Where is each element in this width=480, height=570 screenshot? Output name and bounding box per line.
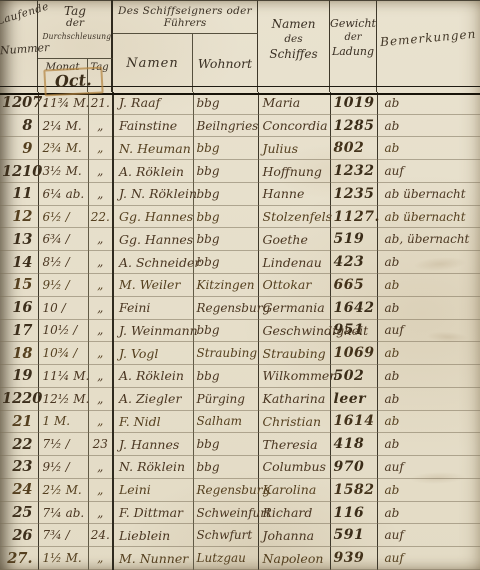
cell-uhrzeit: 9½ / [38, 456, 88, 479]
cell-uhrzeit: 1 M. [38, 410, 88, 433]
cell-tag: 21. [88, 92, 113, 114]
ledger-page: Laufende Nummer Tag der Durchschleusung … [0, 0, 480, 570]
cell-laufende-nummer: 13 [0, 228, 38, 251]
cell-bemerkung: auf [377, 456, 480, 479]
cell-ladungsgewicht: 1582 [330, 478, 377, 501]
cell-eigner-name: F. Nidl [113, 410, 193, 433]
cell-wohnort: Lutzgau [193, 547, 258, 570]
cell-ladungsgewicht: 1019 [330, 92, 377, 114]
cell-eigner-name: A. Röklein [113, 160, 193, 183]
header-label: Namen [258, 17, 329, 31]
cell-uhrzeit: 11¼ M. [38, 365, 88, 388]
cell-ladungsgewicht: 1127. [330, 205, 377, 228]
table-row: 211 M.„F. NidlSalhamChristian1614ab [0, 410, 480, 433]
table-row: 1207.11¾ M.21.J. RaafbbgMaria1019ab [0, 92, 480, 114]
column-header-schiffseigner-gruppe: Des Schiffseigners oder Führers [113, 0, 258, 34]
cell-tag: „ [88, 387, 113, 410]
table-row: 227½ /23J. HannesbbgTheresia418ab [0, 433, 480, 456]
cell-bemerkung: auf [377, 547, 480, 570]
cell-ladungsgewicht: 502 [330, 365, 377, 388]
cell-schiffsname: Hoffnung [258, 160, 330, 183]
cell-tag: „ [88, 296, 113, 319]
table-row: 116¼ ab.„J. N. RökleinbbgHanne1235ab übe… [0, 182, 480, 205]
cell-wohnort: bbg [193, 433, 258, 456]
cell-wohnort: bbg [193, 182, 258, 205]
cell-schiffsname: Ottokar [258, 273, 330, 296]
cell-tag: „ [88, 319, 113, 342]
cell-schiffsname: Hanne [258, 182, 330, 205]
cell-schiffsname: Goethe [258, 228, 330, 251]
table-row: 92¾ M.„N. HeumanbbgJulius802ab [0, 137, 480, 160]
cell-wohnort: Beilngries [193, 114, 258, 137]
cell-schiffsname: Christian [258, 410, 330, 433]
cell-schiffsname: Lindenau [258, 251, 330, 274]
cell-schiffsname: Richard [258, 501, 330, 524]
cell-tag: „ [88, 228, 113, 251]
cell-eigner-name: J. Vogl [113, 342, 193, 365]
cell-tag: „ [88, 410, 113, 433]
column-header-wohnort: Wohnort [193, 34, 258, 92]
cell-laufende-nummer: 16 [0, 296, 38, 319]
cell-schiffsname: Concordia [258, 114, 330, 137]
header-label: Gewicht [330, 17, 376, 30]
table-row: 1810¾ /„J. VoglStraubingStraubing1069ab [0, 342, 480, 365]
cell-eigner-name: F. Dittmar [113, 501, 193, 524]
cell-laufende-nummer: 12 [0, 205, 38, 228]
table-row: 27.1½ M.„M. NunnerLutzgauNapoleon939auf [0, 547, 480, 570]
cell-eigner-name: Feini [113, 296, 193, 319]
cell-bemerkung: ab übernacht [377, 205, 480, 228]
cell-uhrzeit: 2½ M. [38, 478, 88, 501]
cell-wohnort: Regensburg [193, 478, 258, 501]
cell-bemerkung: ab [377, 387, 480, 410]
cell-eigner-name: N. Röklein [113, 456, 193, 479]
table-row: 159½ /„M. WeilerKitzingenOttokar665ab [0, 273, 480, 296]
cell-tag: „ [88, 251, 113, 274]
cell-wohnort: bbg [193, 228, 258, 251]
cell-uhrzeit: 2¾ M. [38, 137, 88, 160]
cell-schiffsname: Germania [258, 296, 330, 319]
cell-eigner-name: J. Weinmann [113, 319, 193, 342]
cell-ladungsgewicht: 665 [330, 273, 377, 296]
cell-eigner-name: M. Nunner [113, 547, 193, 570]
cell-wohnort: Salham [193, 410, 258, 433]
cell-tag: „ [88, 456, 113, 479]
month-entry: Oct. [43, 66, 103, 96]
cell-uhrzeit: 8½ / [38, 251, 88, 274]
cell-bemerkung: ab [377, 114, 480, 137]
cell-uhrzeit: 6¾ / [38, 228, 88, 251]
cell-wohnort: bbg [193, 137, 258, 160]
cell-eigner-name: A. Röklein [113, 365, 193, 388]
cell-laufende-nummer: 14 [0, 251, 38, 274]
cell-schiffsname: Katharina [258, 387, 330, 410]
cell-ladungsgewicht: 970 [330, 456, 377, 479]
cell-wohnort: bbg [193, 365, 258, 388]
cell-uhrzeit: 10½ / [38, 319, 88, 342]
header-label: Schiffes [258, 47, 329, 61]
cell-eigner-name: J. Hannes [113, 433, 193, 456]
cell-ladungsgewicht: 116 [330, 501, 377, 524]
cell-wohnort: bbg [193, 205, 258, 228]
cell-bemerkung: ab [377, 410, 480, 433]
cell-ladungsgewicht: 1642 [330, 296, 377, 319]
cell-schiffsname: Stolzenfels [258, 205, 330, 228]
cell-bemerkung: auf [377, 319, 480, 342]
cell-eigner-name: M. Weiler [113, 273, 193, 296]
cell-wohnort: Regensburg [193, 296, 258, 319]
cell-schiffsname: Karolina [258, 478, 330, 501]
cell-uhrzeit: 2¼ M. [38, 114, 88, 137]
header-label: Bemerkungen [380, 27, 477, 49]
cell-tag: „ [88, 137, 113, 160]
cell-uhrzeit: 10¾ / [38, 342, 88, 365]
cell-schiffsname: Theresia [258, 433, 330, 456]
cell-uhrzeit: 7¾ / [38, 524, 88, 547]
cell-bemerkung: auf [377, 160, 480, 183]
cell-uhrzeit: 6½ / [38, 205, 88, 228]
table-row: 122012½ M.„A. ZieglerPürgingKatharinalee… [0, 387, 480, 410]
cell-ladungsgewicht: 519 [330, 228, 377, 251]
cell-ladungsgewicht: leer [330, 387, 377, 410]
cell-bemerkung: ab [377, 501, 480, 524]
cell-schiffsname: Wilkommen [258, 365, 330, 388]
cell-bemerkung: ab [377, 342, 480, 365]
cell-eigner-name: Leini [113, 478, 193, 501]
cell-schiffsname: Maria [258, 92, 330, 114]
header-label: Nummer [0, 42, 37, 58]
table-row: 82¼ M.„FainstineBeilngriesConcordia1285a… [0, 114, 480, 137]
cell-laufende-nummer: 1210 [0, 160, 38, 183]
ledger-table: 1207.11¾ M.21.J. RaafbbgMaria1019ab82¼ M… [0, 92, 480, 570]
cell-wohnort: bbg [193, 92, 258, 114]
cell-ladungsgewicht: 418 [330, 433, 377, 456]
cell-laufende-nummer: 17 [0, 319, 38, 342]
cell-laufende-nummer: 25 [0, 501, 38, 524]
cell-tag: „ [88, 501, 113, 524]
table-row: 126½ /22.Gg. HannesbbgStolzenfels1127.ab… [0, 205, 480, 228]
cell-wohnort: bbg [193, 319, 258, 342]
header-label: des [258, 33, 329, 45]
cell-bemerkung: ab [377, 478, 480, 501]
cell-uhrzeit: 10 / [38, 296, 88, 319]
table-row: 1911¼ M.„A. RökleinbbgWilkommen502ab [0, 365, 480, 388]
cell-bemerkung: auf [377, 524, 480, 547]
cell-schiffsname: Columbus [258, 456, 330, 479]
cell-eigner-name: A. Schneider [113, 251, 193, 274]
cell-ladungsgewicht: 591 [330, 524, 377, 547]
cell-tag: „ [88, 273, 113, 296]
cell-ladungsgewicht: 1285 [330, 114, 377, 137]
cell-laufende-nummer: 21 [0, 410, 38, 433]
table-row: 242½ M.„LeiniRegensburgKarolina1582ab [0, 478, 480, 501]
cell-eigner-name: J. Raaf [113, 92, 193, 114]
cell-laufende-nummer: 22 [0, 433, 38, 456]
cell-tag: 24. [88, 524, 113, 547]
cell-eigner-name: N. Heuman [113, 137, 193, 160]
cell-eigner-name: Lieblein [113, 524, 193, 547]
header-label: Wohnort [198, 56, 252, 71]
cell-bemerkung: ab, übernacht [377, 228, 480, 251]
cell-eigner-name: J. N. Röklein [113, 182, 193, 205]
table-row: 257¼ ab.„F. DittmarSchweinfurtRichard116… [0, 501, 480, 524]
cell-wohnort: Pürging [193, 387, 258, 410]
cell-schiffsname: Julius [258, 137, 330, 160]
cell-wohnort: Kitzingen [193, 273, 258, 296]
column-header-namen-des-schiffes: Namen des Schiffes [258, 0, 330, 92]
table-row: 148½ /„A. SchneiderbbgLindenau423ab [0, 251, 480, 274]
cell-laufende-nummer: 24 [0, 478, 38, 501]
cell-tag: 22. [88, 205, 113, 228]
cell-laufende-nummer: 19 [0, 365, 38, 388]
cell-ladungsgewicht: 423 [330, 251, 377, 274]
cell-ladungsgewicht: 1232 [330, 160, 377, 183]
cell-tag: „ [88, 114, 113, 137]
cell-wohnort: Straubing [193, 342, 258, 365]
cell-laufende-nummer: 1220 [0, 387, 38, 410]
table-row: 1710½ /„J. WeinmannbbgGeschwindigkeit951… [0, 319, 480, 342]
cell-ladungsgewicht: 951 [330, 319, 377, 342]
cell-laufende-nummer: 26 [0, 524, 38, 547]
header-label: Führers [113, 17, 257, 29]
cell-ladungsgewicht: 939 [330, 547, 377, 570]
cell-uhrzeit: 3½ M. [38, 160, 88, 183]
cell-schiffsname: Geschwindigkeit [258, 319, 330, 342]
cell-ladungsgewicht: 802 [330, 137, 377, 160]
cell-tag: „ [88, 160, 113, 183]
cell-uhrzeit: 6¼ ab. [38, 182, 88, 205]
column-header-bemerkungen: Bemerkungen [377, 0, 480, 92]
cell-bemerkung: ab [377, 365, 480, 388]
cell-bemerkung: ab [377, 92, 480, 114]
table-row: 136¾ /„Gg. HannesbbgGoethe519ab, übernac… [0, 228, 480, 251]
cell-uhrzeit: 7¼ ab. [38, 501, 88, 524]
column-header-namen: Namen [113, 34, 193, 92]
cell-wohnort: bbg [193, 251, 258, 274]
column-header-laufende-nummer: Laufende Nummer [0, 0, 38, 92]
header-label: Des Schiffseigners oder [113, 5, 257, 17]
cell-tag: „ [88, 547, 113, 570]
cell-laufende-nummer: 27. [0, 547, 38, 570]
cell-tag: „ [88, 365, 113, 388]
cell-eigner-name: Gg. Hannes [113, 205, 193, 228]
header-label: Ladung [330, 45, 376, 58]
table-row: 1610 /„FeiniRegensburgGermania1642ab [0, 296, 480, 319]
cell-uhrzeit: 9½ / [38, 273, 88, 296]
table-row: 12103½ M.„A. RökleinbbgHoffnung1232auf [0, 160, 480, 183]
cell-bemerkung: ab [377, 137, 480, 160]
cell-uhrzeit: 7½ / [38, 433, 88, 456]
cell-laufende-nummer: 1207. [0, 92, 38, 114]
cell-bemerkung: ab [377, 433, 480, 456]
header-label: Namen [126, 56, 179, 71]
cell-bemerkung: ab übernacht [377, 182, 480, 205]
cell-laufende-nummer: 11 [0, 182, 38, 205]
cell-ladungsgewicht: 1614 [330, 410, 377, 433]
cell-wohnort: bbg [193, 160, 258, 183]
cell-eigner-name: Fainstine [113, 114, 193, 137]
cell-tag: 23 [88, 433, 113, 456]
cell-schiffsname: Napoleon [258, 547, 330, 570]
cell-tag: „ [88, 182, 113, 205]
cell-tag: „ [88, 478, 113, 501]
cell-tag: „ [88, 342, 113, 365]
cell-bemerkung: ab [377, 296, 480, 319]
cell-wohnort: bbg [193, 456, 258, 479]
cell-uhrzeit: 12½ M. [38, 387, 88, 410]
cell-wohnort: Schwfurt [193, 524, 258, 547]
cell-bemerkung: ab [377, 251, 480, 274]
cell-schiffsname: Straubing [258, 342, 330, 365]
cell-laufende-nummer: 23 [0, 456, 38, 479]
cell-schiffsname: Johanna [258, 524, 330, 547]
cell-eigner-name: A. Ziegler [113, 387, 193, 410]
table-row: 267¾ /24.LiebleinSchwfurtJohanna591auf [0, 524, 480, 547]
column-header-gewicht-der-ladung: Gewicht der Ladung [330, 0, 377, 92]
cell-laufende-nummer: 8 [0, 114, 38, 137]
header-divider [88, 0, 113, 58]
cell-ladungsgewicht: 1069 [330, 342, 377, 365]
table-row: 239½ /„N. RökleinbbgColumbus970auf [0, 456, 480, 479]
cell-ladungsgewicht: 1235 [330, 182, 377, 205]
cell-laufende-nummer: 18 [0, 342, 38, 365]
header-label: der [330, 32, 376, 43]
cell-bemerkung: ab [377, 273, 480, 296]
cell-wohnort: Schweinfurt [193, 501, 258, 524]
cell-laufende-nummer: 15 [0, 273, 38, 296]
cell-uhrzeit: 1½ M. [38, 547, 88, 570]
cell-laufende-nummer: 9 [0, 137, 38, 160]
cell-eigner-name: Gg. Hannes [113, 228, 193, 251]
